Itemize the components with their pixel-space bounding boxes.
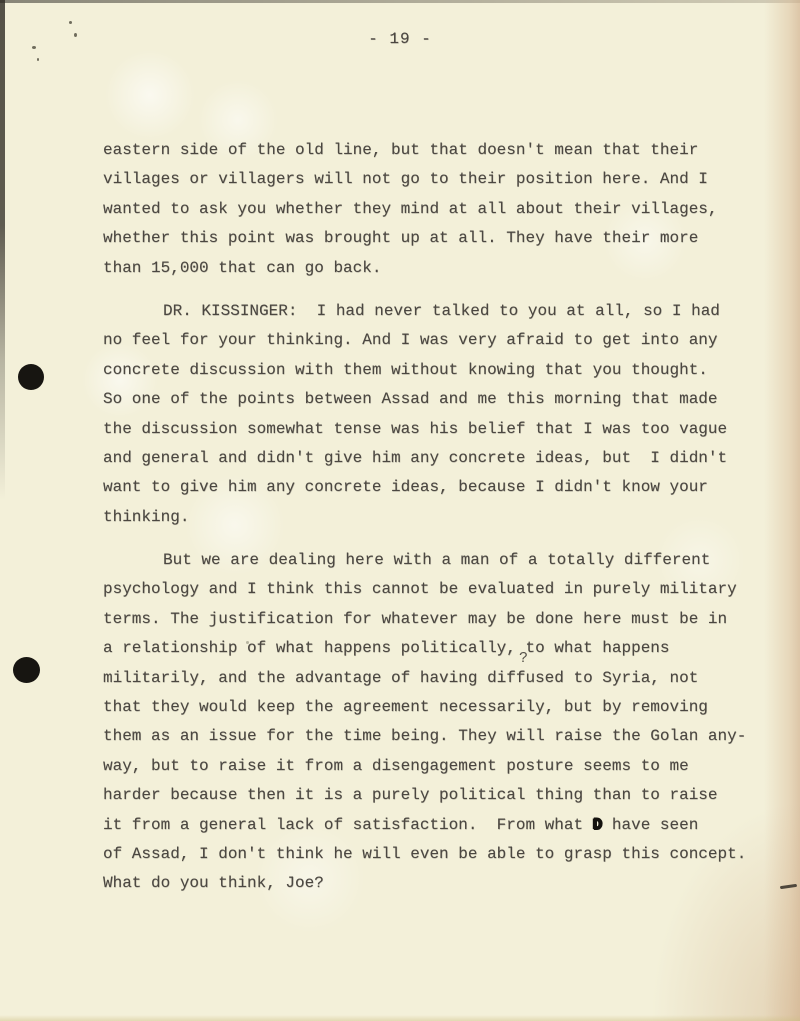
handwritten-question-mark: ? bbox=[519, 650, 528, 667]
text-line: whether this point was brought up at all… bbox=[103, 224, 783, 253]
paragraph: eastern side of the old line, but that d… bbox=[103, 136, 783, 283]
text-line: of Assad, I don't think he will even be … bbox=[103, 840, 783, 869]
paragraph: DR. KISSINGER: I had never talked to you… bbox=[103, 297, 783, 532]
text-line: DR. KISSINGER: I had never talked to you… bbox=[103, 297, 783, 326]
text-line: want to give him any concrete ideas, bec… bbox=[103, 473, 783, 502]
text-line: villages or villagers will not go to the… bbox=[103, 165, 783, 194]
text-line: terms. The justification for whatever ma… bbox=[103, 605, 783, 634]
paragraph: But we are dealing here with a man of a … bbox=[103, 546, 783, 899]
text-line: concrete discussion with them without kn… bbox=[103, 356, 783, 385]
text-line: wanted to ask you whether they mind at a… bbox=[103, 195, 783, 224]
text-line: them as an issue for the time being. The… bbox=[103, 722, 783, 751]
hole-punch-top bbox=[18, 364, 44, 390]
hole-punch-bottom bbox=[13, 657, 40, 683]
text-segment: have seen bbox=[602, 816, 698, 834]
pencil-speck bbox=[37, 58, 39, 61]
text-line: What do you think, Joe? bbox=[103, 869, 783, 898]
text-line: it from a general lack of satisfaction. … bbox=[103, 811, 783, 840]
pencil-speck bbox=[69, 21, 72, 24]
text-line: thinking. bbox=[103, 503, 783, 532]
scan-edge-top bbox=[0, 0, 800, 3]
text-line: But we are dealing here with a man of a … bbox=[103, 546, 783, 575]
text-line: harder because then it is a purely polit… bbox=[103, 781, 783, 810]
text-line: than 15,000 that can go back. bbox=[103, 254, 783, 283]
text-line: way, but to raise it from a disengagemen… bbox=[103, 752, 783, 781]
scan-edge-bottom bbox=[0, 1015, 800, 1021]
text-line: eastern side of the old line, but that d… bbox=[103, 136, 783, 165]
typewritten-text: eastern side of the old line, but that d… bbox=[103, 136, 783, 899]
text-line: that they would keep the agreement neces… bbox=[103, 693, 783, 722]
text-line: a relationship of what happens political… bbox=[103, 634, 783, 663]
text-line: and general and didn't give him any conc… bbox=[103, 444, 783, 473]
text-line: So one of the points between Assad and m… bbox=[103, 385, 783, 414]
overstruck-character: D bbox=[593, 816, 603, 834]
scanned-document-page: - 19 - eastern side of the old line, but… bbox=[0, 0, 800, 1021]
text-line: militarily, and the advantage of having … bbox=[103, 664, 783, 693]
text-segment: it from a general lack of satisfaction. … bbox=[103, 816, 593, 834]
text-line: the discussion somewhat tense was his be… bbox=[103, 415, 783, 444]
scan-edge-left bbox=[0, 0, 5, 500]
text-line: psychology and I think this cannot be ev… bbox=[103, 575, 783, 604]
text-line: no feel for your thinking. And I was ver… bbox=[103, 326, 783, 355]
page-number: - 19 - bbox=[0, 30, 800, 48]
